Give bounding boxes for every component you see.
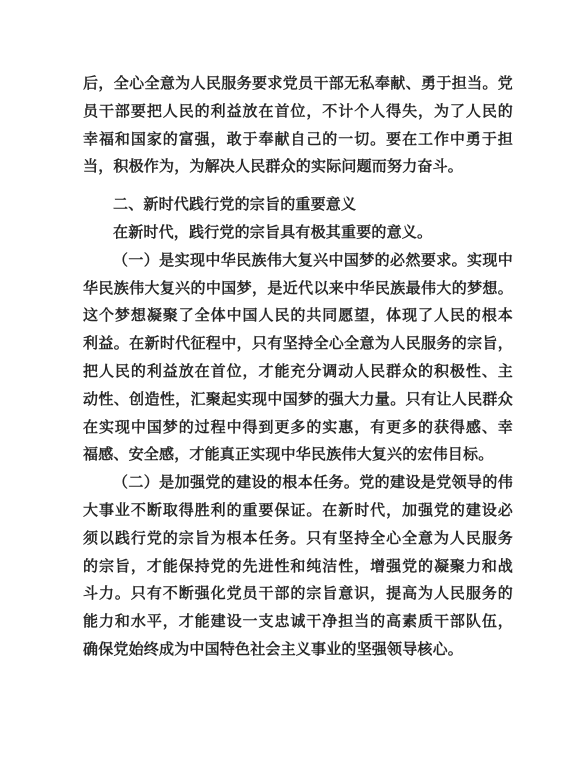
text-line: 确保党始终成为中国特色社会主义事业的坚强领导核心。: [83, 636, 513, 664]
text-line: 斗力。只有不断强化党员干部的宗旨意识，提高为人民服务的: [83, 580, 513, 608]
text-line: 员干部要把人民的利益放在首位，不计个人得失，为了人民的: [83, 98, 513, 126]
text-line: 大事业不断取得胜利的重要保证。在新时代，加强党的建设必: [83, 497, 513, 525]
text-line: 能力和水平，才能建设一支忠诚干净担当的高素质干部队伍，: [83, 608, 513, 636]
paragraph: （二）是加强党的建设的根本任务。党的建设是党领导的伟大事业不断取得胜利的重要保证…: [83, 469, 513, 664]
text-line: 的宗旨，才能保持党的先进性和纯洁性，增强党的凝聚力和战: [83, 553, 513, 581]
paragraph: 在新时代，践行党的宗旨具有极其重要的意义。: [83, 219, 513, 247]
text-line: 在实现中国梦的过程中得到更多的实惠，有更多的获得感、幸: [83, 414, 513, 442]
text-line: （二）是加强党的建设的根本任务。党的建设是党领导的伟: [83, 469, 513, 497]
text-line: 后，全心全意为人民服务要求党员干部无私奉献、勇于担当。党: [83, 70, 513, 98]
text-line: 利益。在新时代征程中，只有坚持全心全意为人民服务的宗旨，: [83, 330, 513, 358]
text-line: 福感、安全感，才能真正实现中华民族伟大复兴的宏伟目标。: [83, 441, 513, 469]
text-line: 当，积极作为，为解决人民群众的实际问题而努力奋斗。: [83, 153, 513, 181]
text-line: （一）是实现中华民族伟大复兴中国梦的必然要求。实现中: [83, 247, 513, 275]
text-line: 在新时代，践行党的宗旨具有极其重要的意义。: [83, 219, 513, 247]
text-line: 把人民的利益放在首位，才能充分调动人民群众的积极性、主: [83, 358, 513, 386]
document-body: 后，全心全意为人民服务要求党员干部无私奉献、勇于担当。党员干部要把人民的利益放在…: [83, 70, 513, 664]
text-line: 这个梦想凝聚了全体中国人民的共同愿望，体现了人民的根本: [83, 302, 513, 330]
paragraph: （一）是实现中华民族伟大复兴中国梦的必然要求。实现中华民族伟大复兴的中国梦，是近…: [83, 247, 513, 469]
text-line: 华民族伟大复兴的中国梦，是近代以来中华民族最伟大的梦想。: [83, 275, 513, 303]
text-line: 幸福和国家的富强，敢于奉献自己的一切。要在工作中勇于担: [83, 126, 513, 154]
text-line: 须以践行党的宗旨为根本任务。只有坚持全心全意为人民服务: [83, 525, 513, 553]
heading-text-line: 二、新时代践行党的宗旨的重要意义: [83, 191, 513, 219]
text-line: 动性、创造性，汇聚起实现中国梦的强大力量。只有让人民群众: [83, 386, 513, 414]
paragraph: 后，全心全意为人民服务要求党员干部无私奉献、勇于担当。党员干部要把人民的利益放在…: [83, 70, 513, 181]
document-page: 后，全心全意为人民服务要求党员干部无私奉献、勇于担当。党员干部要把人民的利益放在…: [0, 0, 586, 759]
section-heading: 二、新时代践行党的宗旨的重要意义: [83, 191, 513, 219]
